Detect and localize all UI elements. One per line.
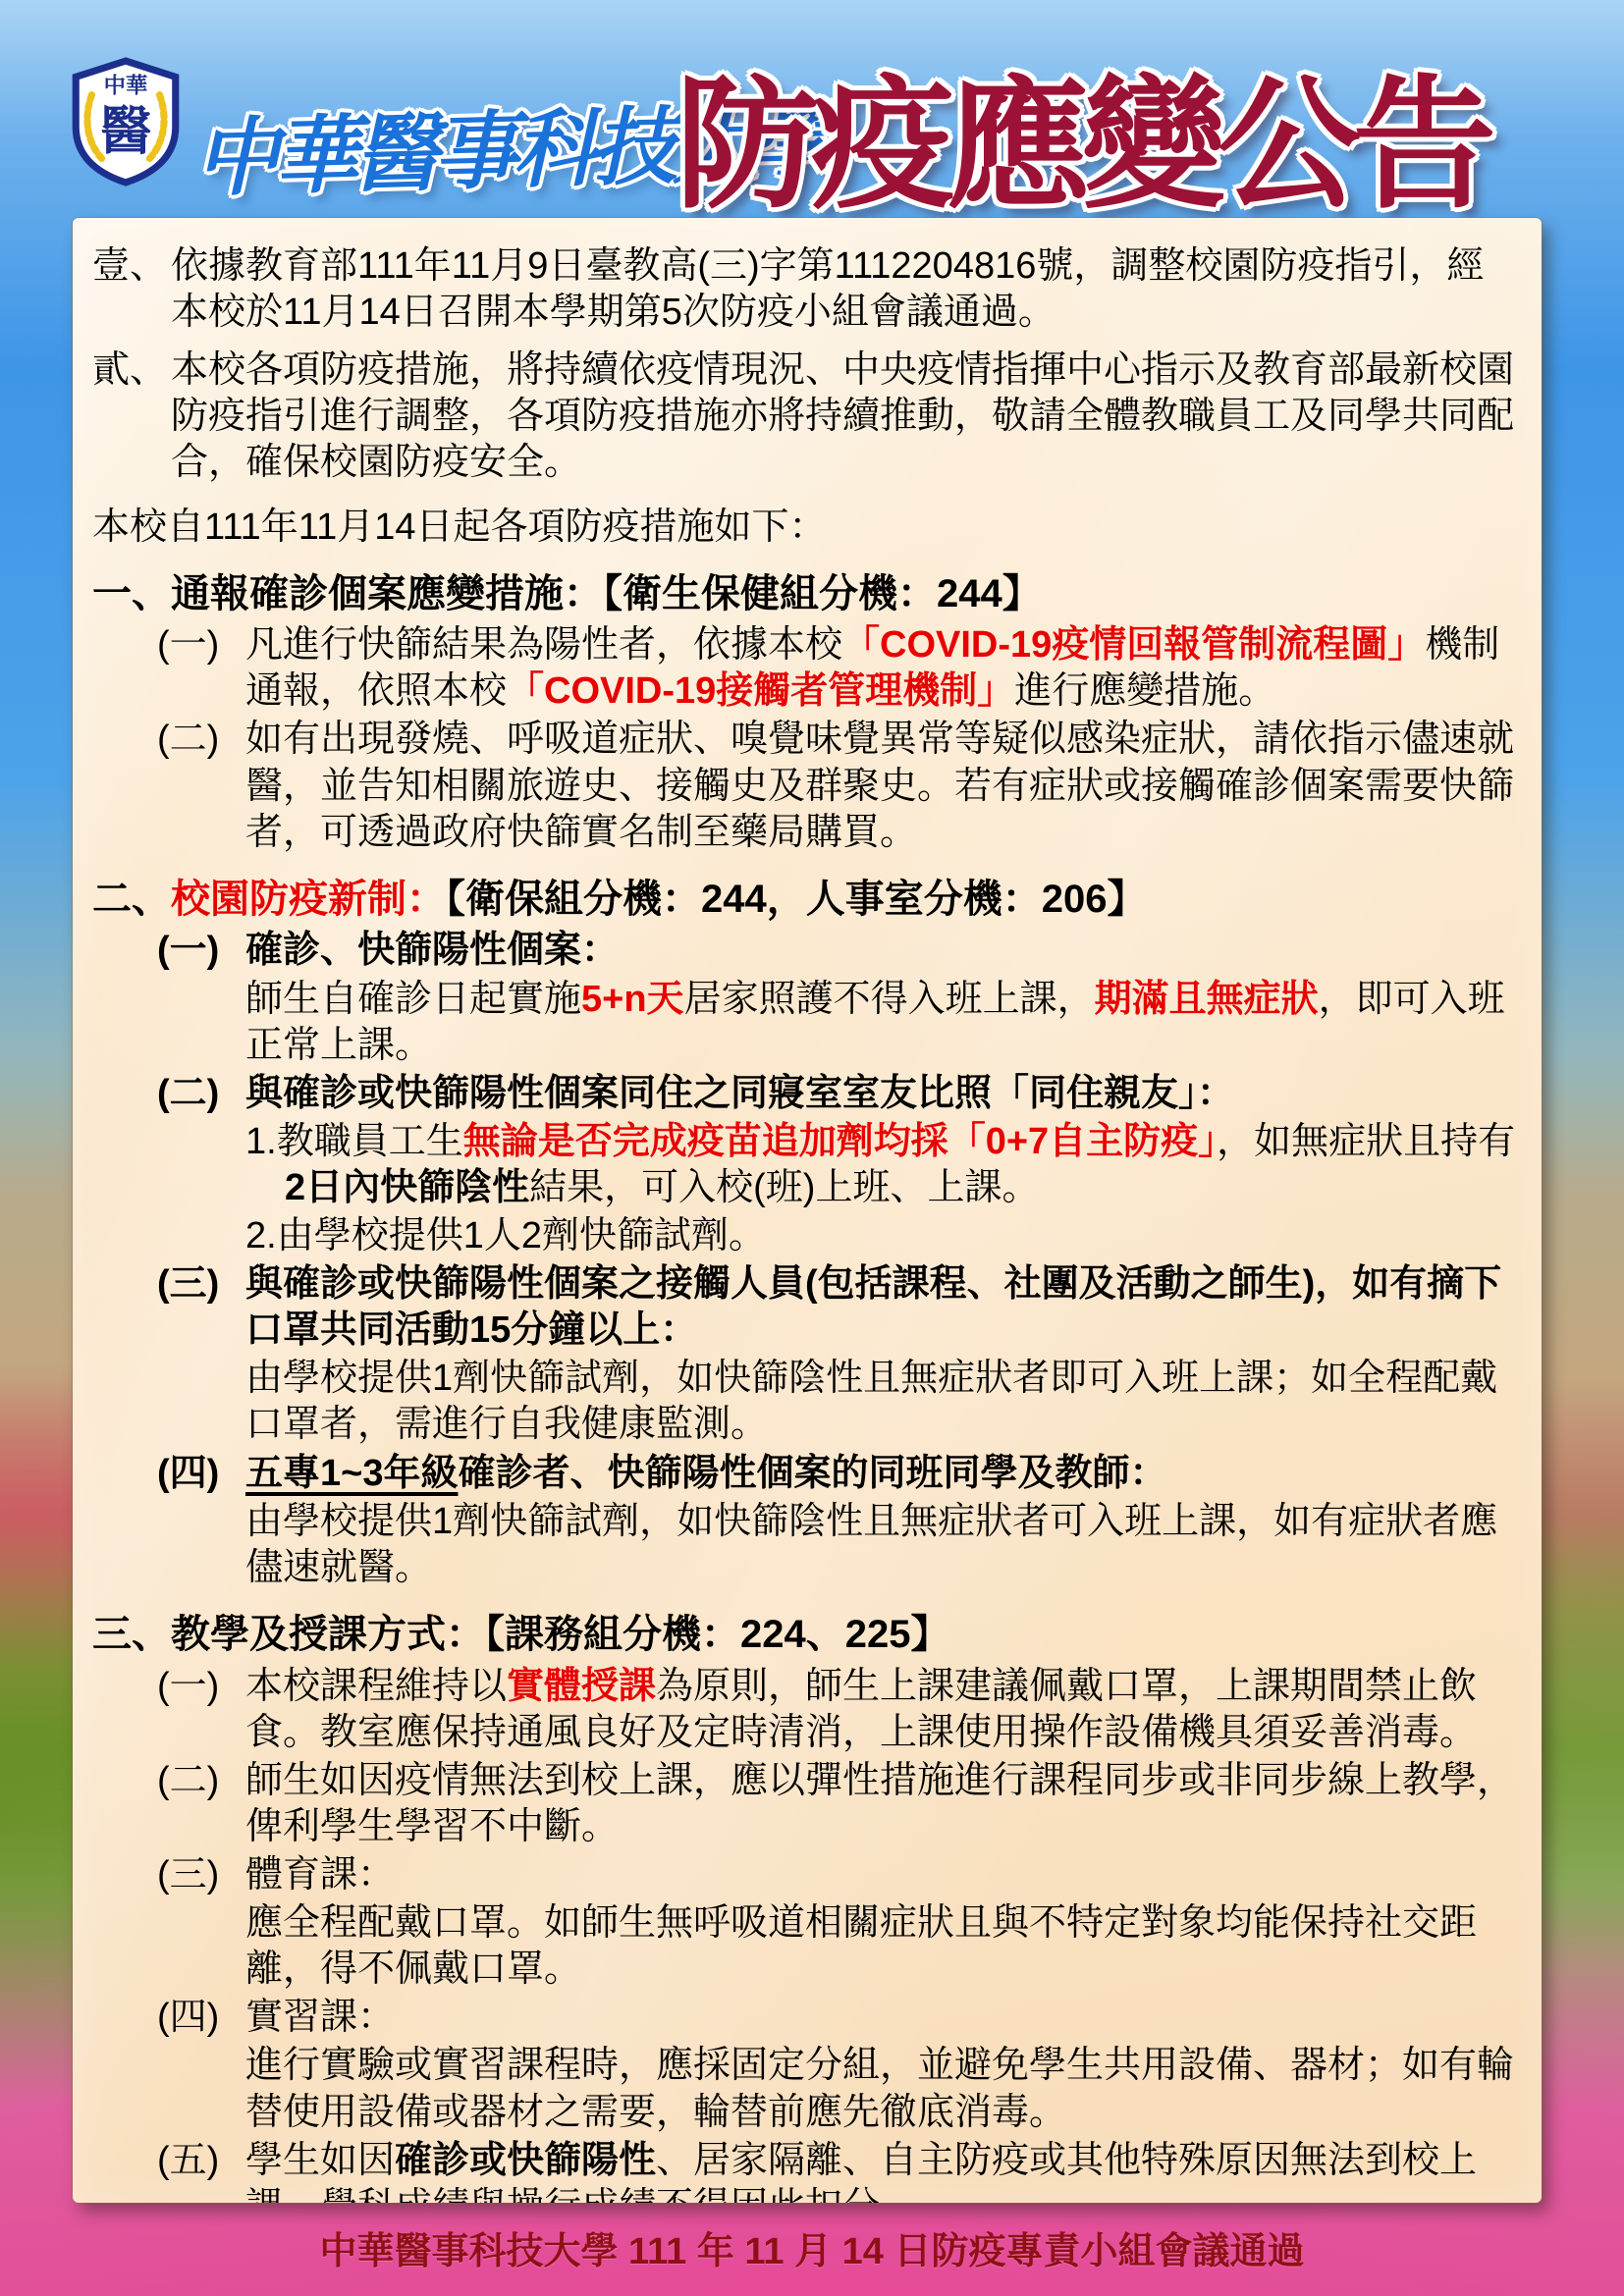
paragraph-yi-text: 依據教育部111年11月9日臺教高(三)字第1112204816號，調整校園防疫…: [171, 245, 1484, 333]
item-label: (一): [157, 1664, 219, 1710]
paragraph-er-label: 貳、: [92, 347, 167, 394]
red-highlight: 期滿且無症狀: [1095, 979, 1319, 1020]
item-head: 確診、快篩陽性個案：: [245, 930, 619, 971]
bold-highlight: 2日內快篩陰性: [285, 1167, 529, 1208]
paragraph-yi-label: 壹、: [92, 243, 167, 290]
item-text: 由學校提供1劑快篩試劑，如快篩陰性且無症狀者可入班上課，如有症狀者應儘速就醫。: [245, 1501, 1497, 1588]
item-head: 與確診或快篩陽性個案之接觸人員(包括課程、社團及活動之師生)，如有摘下口罩共同活…: [245, 1263, 1501, 1351]
section-2-item-4-head: (四)五專1~3年級確診者、快篩陽性個案的同班同學及教師：: [157, 1451, 1516, 1497]
item-head: 確診者、快篩陽性個案的同班同學及教師：: [458, 1453, 1166, 1494]
item-label: (二): [157, 1758, 219, 1804]
item-label: (四): [157, 1451, 219, 1497]
item-label: (一): [157, 928, 219, 974]
poster-header: 中華 醫 中華醫事科技大學 防疫應變公告: [0, 0, 1624, 218]
item-text: 2.由學校提供1人2劑快篩試劑。: [245, 1215, 766, 1256]
section-2-item-3-body: 由學校提供1劑快篩試劑，如快篩陰性且無症狀者即可入班上課；如全程配戴口罩者，需進…: [245, 1356, 1516, 1448]
section-2-title-rest: 【衛保組分機：244，人事室分機：206】: [446, 878, 1146, 921]
item-text: 1.教職員工生: [245, 1121, 463, 1162]
item-text: 居家照護不得入班上課，: [684, 979, 1095, 1020]
footer-approval-line: 中華醫事科技大學 111 年 11 月 14 日防疫專責小組會議通過: [0, 2220, 1624, 2274]
item-label: (三): [157, 1261, 219, 1308]
item-label: (二): [157, 717, 219, 763]
item-label: (五): [157, 2138, 219, 2184]
item-text: 進行應變措施。: [1014, 670, 1275, 712]
lead-line: 本校自111年11月14日起各項防疫措施如下：: [92, 505, 1516, 551]
section-3-item-4-body: 進行實驗或實習課程時，應採固定分組，並避免學生共用設備、器材；如有輪替使用設備或…: [245, 2043, 1516, 2135]
section-1-item-1: (一)凡進行快篩結果為陽性者，依據本校「COVID-19疫情回報管制流程圖」機制…: [157, 622, 1516, 715]
section-2-item-4-body: 由學校提供1劑快篩試劑，如快篩陰性且無症狀者可入班上課，如有症狀者應儘速就醫。: [245, 1499, 1516, 1591]
section-3-title: 三、教學及授課方式：【課務組分機：224、225】: [92, 1611, 1516, 1660]
item-text: 師生如因疫情無法到校上課，應以彈性措施進行課程同步或非同步線上教學，俾利學生學習…: [245, 1760, 1514, 1847]
paragraph-yi: 壹、依據教育部111年11月9日臺教高(三)字第1112204816號，調整校園…: [92, 243, 1516, 336]
red-highlight: 5+n天: [581, 979, 684, 1020]
item-text: 師生自確診日起實施: [245, 979, 581, 1020]
red-highlight: 「COVID-19接觸者管理機制」: [507, 670, 1014, 712]
section-2-items: (一)確診、快篩陽性個案： 師生自確診日起實施5+n天居家照護不得入班上課，期滿…: [157, 928, 1516, 1591]
logo-top-text: 中華: [104, 74, 148, 98]
section-2-number: 二、: [92, 878, 171, 921]
announcement-content: 壹、依據教育部111年11月9日臺教高(三)字第1112204816號，調整校園…: [92, 243, 1516, 2203]
item-text: 應全程配戴口罩。如師生無呼吸道相關症狀且與不特定對象均能保持社交距離，得不佩戴口…: [245, 1902, 1477, 1990]
poster-page: 中華 醫 中華醫事科技大學 防疫應變公告 壹、依據教育部111年11月9日臺教高…: [0, 0, 1624, 2296]
item-text: 由學校提供1劑快篩試劑，如快篩陰性且無症狀者即可入班上課；如全程配戴口罩者，需進…: [245, 1358, 1497, 1445]
section-1-title: 一、通報確診個案應變措施：【衛生保健組分機：244】: [92, 570, 1516, 619]
section-3-item-4-head: (四)實習課：: [157, 1995, 1516, 2041]
poster-title: 防疫應變公告: [676, 29, 1489, 236]
item-label: (一): [157, 622, 219, 668]
item-head: 實習課：: [245, 1997, 395, 2038]
section-3-items: (一)本校課程維持以實體授課為原則，師生上課建議佩戴口罩，上課期間禁止飲食。教室…: [157, 1664, 1516, 2203]
item-text: 本校課程維持以: [245, 1666, 507, 1707]
section-2-item-2-head: (二)與確診或快篩陽性個案同住之同寢室室友比照「同住親友」：: [157, 1071, 1516, 1117]
item-label: (四): [157, 1995, 219, 2041]
section-2-item-3-head: (三)與確診或快篩陽性個案之接觸人員(包括課程、社團及活動之師生)，如有摘下口罩…: [157, 1261, 1516, 1354]
section-3-item-5: (五)學生如因確診或快篩陽性、居家隔離、自主防疫或其他特殊原因無法到校上課，學科…: [157, 2138, 1516, 2203]
section-2-item-2-sub-1: 1.教職員工生無論是否完成疫苗追加劑均採「0+7自主防疫」，如無症狀且持有2日內…: [245, 1119, 1516, 1211]
red-highlight: 「COVID-19疫情回報管制流程圖」: [842, 624, 1425, 666]
section-2-item-1-body: 師生自確診日起實施5+n天居家照護不得入班上課，期滿且無症狀，即可入班正常上課。: [245, 977, 1516, 1069]
section-3-item-3-body: 應全程配戴口罩。如師生無呼吸道相關症狀且與不特定對象均能保持社交距離，得不佩戴口…: [245, 1900, 1516, 1993]
underlined-head: 五專1~3年級: [245, 1453, 458, 1494]
paragraph-er-text: 本校各項防疫措施，將持續依疫情現況、中央疫情指揮中心指示及教育部最新校園防疫指引…: [171, 349, 1514, 483]
section-2-title: 二、校園防疫新制：【衛保組分機：244，人事室分機：206】: [92, 876, 1516, 925]
item-label: (二): [157, 1071, 219, 1117]
item-text: 結果，可入校(班)上班、上課。: [529, 1167, 1039, 1208]
item-text: 進行實驗或實習課程時，應採固定分組，並避免學生共用設備、器材；如有輪替使用設備或…: [245, 2045, 1514, 2132]
item-text: 學生如因: [245, 2140, 395, 2181]
item-head: 體育課：: [245, 1854, 395, 1896]
section-1-item-2: (二)如有出現發燒、呼吸道症狀、嗅覺味覺異常等疑似感染症狀，請依指示儘速就醫，並…: [157, 717, 1516, 855]
item-text: 如有出現發燒、呼吸道症狀、嗅覺味覺異常等疑似感染症狀，請依指示儘速就醫，並告知相…: [245, 719, 1514, 852]
section-1-items: (一)凡進行快篩結果為陽性者，依據本校「COVID-19疫情回報管制流程圖」機制…: [157, 622, 1516, 856]
university-logo-icon: 中華 醫: [65, 57, 187, 187]
section-3-item-2: (二)師生如因疫情無法到校上課，應以彈性措施進行課程同步或非同步線上教學，俾利學…: [157, 1758, 1516, 1850]
item-text: ，如無症狀且持有: [1217, 1121, 1515, 1162]
section-3-item-3-head: (三)體育課：: [157, 1852, 1516, 1898]
section-2-title-red: 校園防疫新制：: [171, 878, 446, 921]
item-text: 凡進行快篩結果為陽性者，依據本校: [245, 624, 842, 666]
bold-highlight: 確診或快篩陽性: [395, 2140, 656, 2181]
logo-center-text: 醫: [100, 103, 152, 160]
announcement-panel: 壹、依據教育部111年11月9日臺教高(三)字第1112204816號，調整校園…: [73, 218, 1542, 2203]
red-highlight: 無論是否完成疫苗追加劑均採「0+7自主防疫」: [463, 1121, 1217, 1162]
section-2-item-2-sub-2: 2.由學校提供1人2劑快篩試劑。: [245, 1213, 1516, 1259]
item-label: (三): [157, 1852, 219, 1898]
red-highlight: 實體授課: [507, 1666, 656, 1707]
section-3-item-1: (一)本校課程維持以實體授課為原則，師生上課建議佩戴口罩，上課期間禁止飲食。教室…: [157, 1664, 1516, 1756]
section-2-item-1-head: (一)確診、快篩陽性個案：: [157, 928, 1516, 974]
item-head: 與確診或快篩陽性個案同住之同寢室室友比照「同住親友」：: [245, 1073, 1234, 1114]
paragraph-er: 貳、本校各項防疫措施，將持續依疫情現況、中央疫情指揮中心指示及教育部最新校園防疫…: [92, 347, 1516, 486]
